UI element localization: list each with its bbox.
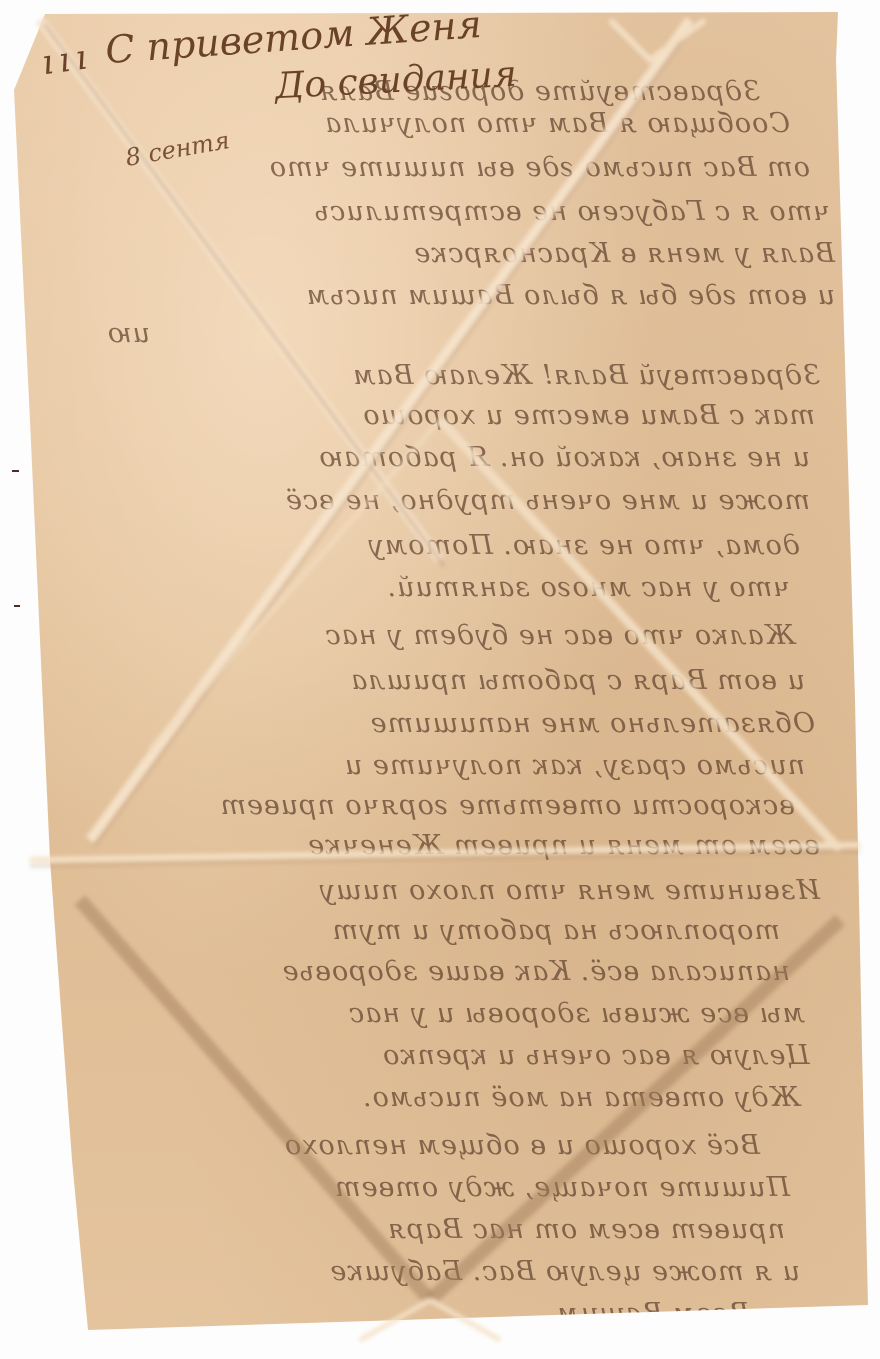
mirrored-text-line: тороплюсь на работу и тут — [0, 915, 880, 955]
corner-marks: ııı — [39, 37, 95, 84]
mirrored-text-line: так с Вами вместе и хорошо — [0, 400, 880, 440]
letter-paper: Здравствуйте дорогие ВаляСообщаю я Вам ч… — [0, 0, 880, 1359]
mirrored-text-line: Здравствуй Валя! Желаю Вам — [0, 360, 880, 400]
mirrored-text: привет всем от нас Варя — [387, 1214, 785, 1245]
mirrored-text-line: привет всем от нас Варя — [0, 1214, 880, 1254]
mirrored-text: что я с Габусею не встретились — [314, 196, 830, 227]
mirrored-text-line: всем от меня и привет Женечке — [0, 830, 880, 870]
mirrored-text: что у нас много занятий. — [387, 572, 790, 603]
mirrored-text-line: Целую я вас очень и крепко — [0, 1040, 880, 1080]
mirrored-text-line: что я с Габусею не встретились — [0, 196, 880, 236]
mirrored-text-line: и вот Варя с работы пришла — [0, 665, 880, 705]
mirrored-text: дома, что не знаю. Потому — [367, 530, 800, 561]
mirrored-text-line: ию — [0, 318, 880, 358]
mirrored-text-line: Жалко что вас не будет у нас — [0, 620, 880, 660]
mirrored-text: Извините меня что плохо пишу — [319, 875, 820, 906]
mirrored-text: письмо сразу, как получите и — [344, 750, 805, 781]
mirrored-text: всем от меня и привет Женечке — [307, 830, 820, 861]
mirrored-text-line: Валя у меня в Красноярске — [0, 238, 880, 278]
mirrored-text: Пишите почаще, жду ответ — [334, 1172, 790, 1203]
mirrored-text: Целую я вас очень и крепко — [382, 1040, 810, 1071]
mirrored-text: Обязательно мне напишите — [370, 708, 815, 739]
mirrored-text-line: Пишите почаще, жду ответ — [0, 1172, 880, 1212]
mirrored-text: тороплюсь на работу и тут — [332, 915, 780, 946]
mirrored-text-line: и не знаю, какой он. Я работаю — [0, 442, 880, 482]
ink-mark — [12, 470, 19, 472]
mirrored-text: и я тоже целую Вас. Бабушке — [329, 1256, 800, 1287]
mirrored-text: Жалко что вас не будет у нас — [325, 620, 795, 651]
mirrored-text: тоже и мне очень трудно, не всё — [285, 485, 810, 516]
mirrored-text-line: Обязательно мне напишите — [0, 708, 880, 748]
mirrored-text: Валя у меня в Красноярске — [413, 238, 835, 269]
mirrored-text-line: и вот где бы я было Вашим письм — [0, 280, 880, 320]
mirrored-text: Сообщаю я Вам что получила — [324, 108, 790, 139]
mirrored-text: Здравствуй Валя! Желаю Вам — [352, 360, 820, 391]
mirrored-text-line: написала всё. Как ваше здоровье — [0, 956, 880, 996]
mirrored-text: вскорости ответьте горячо привет — [219, 790, 795, 821]
ink-mark — [14, 605, 20, 607]
mirrored-text: так с Вами вместе и хорошо — [362, 400, 815, 431]
mirrored-text-line: вскорости ответьте горячо привет — [0, 790, 880, 830]
mirrored-text-line: и я тоже целую Вас. Бабушке — [0, 1256, 880, 1296]
mirrored-text: Жду ответа на моё письмо. — [362, 1082, 800, 1113]
mirrored-text-line: Всё хорошо и в общем неплохо — [0, 1130, 880, 1170]
mirrored-text-line: тоже и мне очень трудно, не всё — [0, 485, 880, 525]
mirrored-text: написала всё. Как ваше здоровье — [282, 956, 790, 987]
mirrored-text-line: что у нас много занятий. — [0, 572, 880, 612]
mirrored-text: мы все живы здоровы и у нас — [348, 998, 805, 1029]
mirrored-text: и вот где бы я было Вашим письм — [306, 280, 835, 311]
mirrored-text: ию — [107, 318, 150, 349]
mirrored-text: от Вас письмо где вы пишите что — [269, 152, 810, 183]
mirrored-text-line: письмо сразу, как получите и — [0, 750, 880, 790]
mirrored-text-line: Извините меня что плохо пишу — [0, 875, 880, 915]
mirrored-text-line: мы все живы здоровы и у нас — [0, 998, 880, 1038]
mirrored-text: и не знаю, какой он. Я работаю — [318, 442, 810, 473]
mirrored-text: и вот Варя с работы пришла — [350, 665, 805, 696]
mirrored-text-line: Жду ответа на моё письмо. — [0, 1082, 880, 1122]
mirrored-text-line: дома, что не знаю. Потому — [0, 530, 880, 570]
mirrored-text: Всё хорошо и в общем неплохо — [284, 1130, 760, 1161]
